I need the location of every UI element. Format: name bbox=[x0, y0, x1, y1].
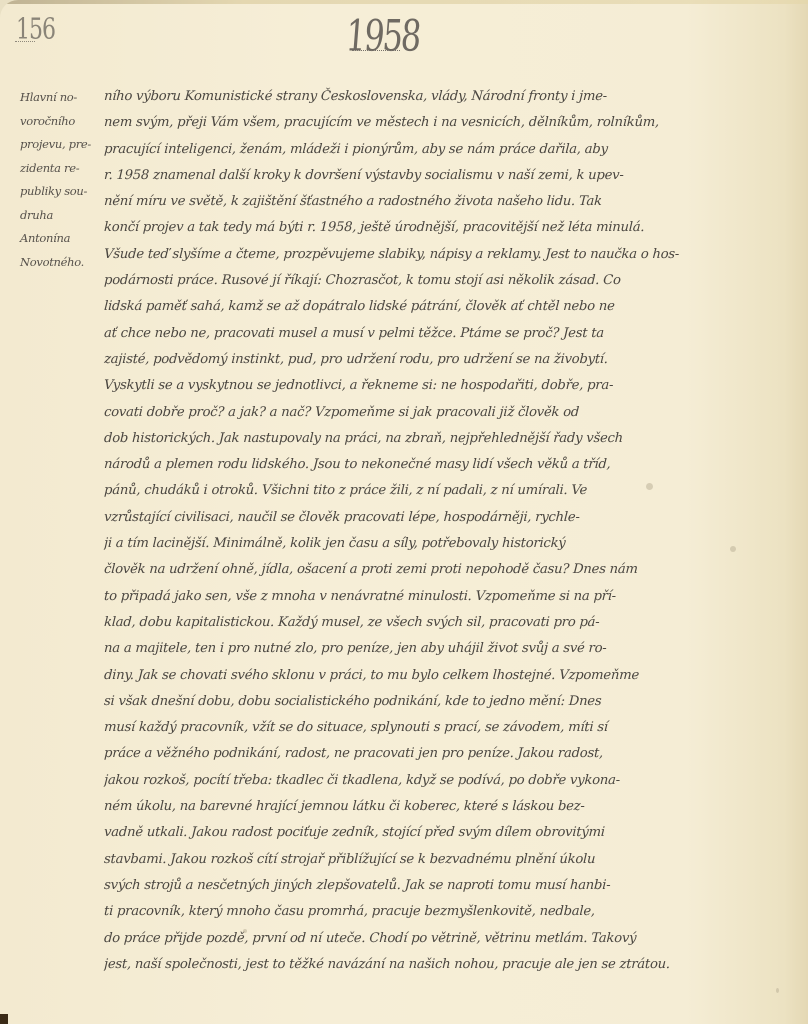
text-line: ti pracovník, který mnoho času promrhá, … bbox=[104, 899, 735, 925]
text-line: vadně utkali. Jakou radost pociťuje zedn… bbox=[103, 820, 734, 846]
text-line: svých strojů a nesčetných jiných zlepšov… bbox=[103, 873, 734, 899]
paper-smudge bbox=[776, 988, 779, 993]
text-line: ního výboru Komunistické strany Českoslo… bbox=[103, 84, 734, 110]
text-line: r. 1958 znamenal další kroky k dovršení … bbox=[104, 163, 735, 189]
text-line: stavbami. Jakou rozkoš cítí strojař přib… bbox=[104, 847, 735, 873]
text-line: člověk na udržení ohně, jídla, ošacení a… bbox=[103, 557, 734, 583]
text-line: do práce přijde pozdě, první od ní uteče… bbox=[103, 926, 734, 952]
text-line: podárnosti práce. Rusové jí říkají: Choz… bbox=[104, 268, 735, 294]
text-line: Všude teď slyšíme a čteme, prozpěvujeme … bbox=[103, 242, 734, 268]
text-line: ať chce nebo ne, pracovati musel a musí … bbox=[104, 321, 735, 347]
margin-line: publiky sou- bbox=[20, 180, 110, 204]
text-line: si však dnešní dobu, dobu socialistickéh… bbox=[104, 689, 735, 715]
text-line: lidská paměť sahá, kamž se až dopátralo … bbox=[103, 294, 734, 320]
paper-smudge bbox=[243, 929, 247, 933]
text-line: diny. Jak se chovati svého sklonu v prác… bbox=[103, 663, 734, 689]
text-line: ji a tím lacinější. Minimálně, kolik jen… bbox=[104, 531, 735, 557]
text-line: národů a plemen rodu lidského. Jsou to n… bbox=[103, 452, 734, 478]
margin-line: Novotného. bbox=[20, 251, 110, 275]
year-heading: 1958 bbox=[344, 10, 421, 61]
body-text: ního výboru Komunistické strany Českoslo… bbox=[104, 84, 734, 978]
margin-line: zidenta re- bbox=[20, 157, 110, 181]
text-line: to připadá jako sen, vše z mnoha v nenáv… bbox=[104, 584, 735, 610]
text-line: covati dobře proč? a jak? a nač? Vzpomeň… bbox=[103, 400, 734, 426]
text-line: jest, naší společnosti, jest to těžké na… bbox=[104, 952, 735, 978]
text-line: nem svým, přeji Vám všem, pracujícím ve … bbox=[104, 110, 735, 136]
margin-line: druha bbox=[20, 204, 110, 228]
text-line: klad, dobu kapitalistickou. Každý musel,… bbox=[103, 610, 734, 636]
margin-note: Hlavní no- voročního projevu, pre- ziden… bbox=[20, 86, 110, 274]
margin-line: voročního bbox=[20, 110, 110, 134]
margin-line: Hlavní no- bbox=[20, 86, 110, 110]
text-line: dob historických. Jak nastupovaly na prá… bbox=[104, 426, 735, 452]
text-line: na a majitele, ten i pro nutné zlo, pro … bbox=[104, 636, 735, 662]
text-line: vzrůstající civilisaci, naučil se člověk… bbox=[103, 505, 734, 531]
text-line: zajisté, podvědomý instinkt, pud, pro ud… bbox=[103, 347, 734, 373]
text-line: nění míru ve světě, k zajištění šťastnéh… bbox=[103, 189, 734, 215]
text-line: pracující inteligenci, ženám, mládeži i … bbox=[103, 137, 734, 163]
text-line: jakou rozkoš, pocítí třeba: tkadlec či t… bbox=[103, 768, 734, 794]
year-underline bbox=[352, 50, 400, 51]
paper-smudge bbox=[646, 483, 653, 490]
page-number-underline bbox=[15, 41, 35, 42]
chronicle-page: 156 1958 Hlavní no- voročního projevu, p… bbox=[0, 0, 808, 1024]
text-line: práce a věžného podnikání, radost, ne pr… bbox=[104, 741, 735, 767]
text-line: ném úkolu, na barevné hrající jemnou lát… bbox=[104, 794, 735, 820]
paper-smudge bbox=[730, 546, 736, 552]
margin-line: projevu, pre- bbox=[20, 133, 110, 157]
text-line: Vyskytli se a vyskytnou se jednotlivci, … bbox=[104, 373, 735, 399]
text-line: pánů, chudáků i otroků. Všichni tito z p… bbox=[104, 478, 735, 504]
text-line: musí každý pracovník, vžít se do situace… bbox=[103, 715, 734, 741]
text-line: končí projev a tak tedy má býti r. 1958,… bbox=[104, 215, 735, 241]
margin-line: Antonína bbox=[20, 227, 110, 251]
